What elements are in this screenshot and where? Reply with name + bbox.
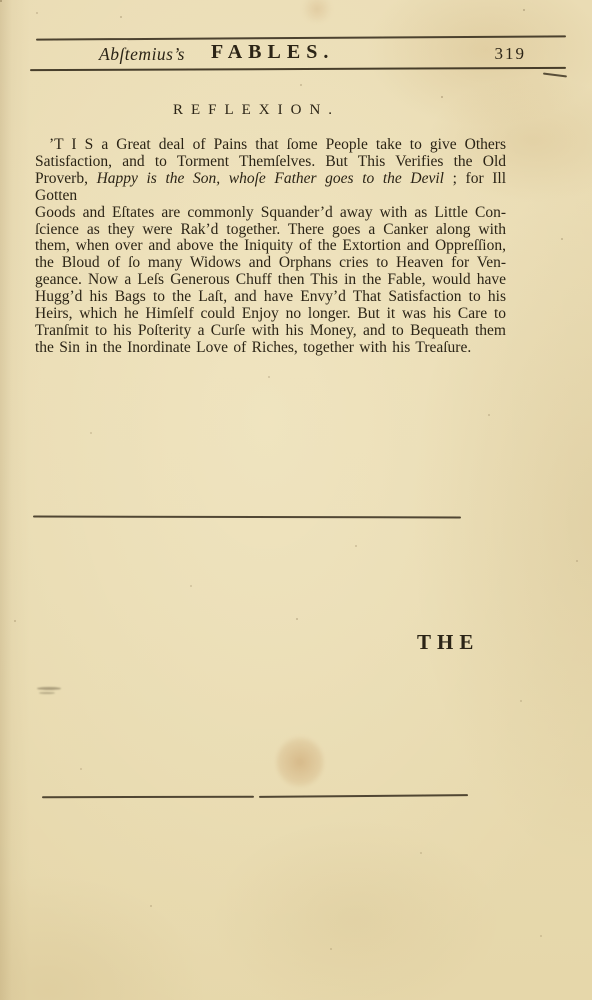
- body-text: ’T I S a Great deal of Pains that ſome P…: [49, 136, 506, 153]
- paragraph-line: Heirs, which he Himſelf could Enjoy no l…: [35, 306, 506, 323]
- page-number: 319: [495, 44, 527, 64]
- running-header: Abſtemius’s FABLES. 319: [35, 41, 565, 67]
- paper-specks: [0, 0, 2, 2]
- section-heading: REFLEXION.: [21, 102, 492, 119]
- body-text: Hugg’d his Bags to the Laſt, and have En…: [35, 288, 506, 305]
- paragraph-line: the Bloud of ſo many Widows and Orphans …: [35, 255, 506, 272]
- italic-proverb-text: Happy is the Son, whoſe Father goes to t…: [97, 170, 444, 187]
- reflexion-paragraph: ’T I S a Great deal of Pains that ſome P…: [35, 137, 506, 357]
- body-text: the Bloud of ſo many Widows and Orphans …: [35, 254, 506, 271]
- paragraph-line: Goods and Eſtates are commonly Squander’…: [35, 205, 506, 222]
- paragraph-line: geance. Now a Leſs Generous Chuff then T…: [35, 272, 506, 289]
- stain-spot: [276, 736, 324, 788]
- paragraph-line: the Sin in the Inordinate Love of Riches…: [35, 340, 506, 357]
- paragraph-line: them, when over and above the Iniquity o…: [35, 238, 506, 255]
- body-text: geance. Now a Leſs Generous Chuff then T…: [35, 271, 506, 288]
- book-page: Abſtemius’s FABLES. 319 REFLEXION. ’T I …: [0, 0, 592, 1000]
- body-text: ſcience as they were Rak’d together. The…: [35, 221, 506, 238]
- paragraph-line: Tranſmit to his Poſterity a Curſe with h…: [35, 323, 506, 340]
- paragraph-line: Satisfaction, and to Torment Themſelves.…: [35, 154, 506, 171]
- body-text: Heirs, which he Himſelf could Enjoy no l…: [35, 305, 506, 322]
- body-text: the Sin in the Inordinate Love of Riches…: [35, 339, 471, 356]
- ink-smudge: [37, 687, 61, 690]
- ink-smudge-lower: [39, 692, 55, 694]
- paragraph-line: ſcience as they were Rak’d together. The…: [35, 222, 506, 239]
- catchword: THE: [417, 630, 479, 655]
- body-text: Tranſmit to his Poſterity a Curſe with h…: [35, 322, 506, 339]
- paragraph-line: Proverb, Happy is the Son, whoſe Father …: [35, 171, 506, 205]
- body-text: Satisfaction, and to Torment Themſelves.…: [35, 153, 506, 170]
- book-title-italic: Abſtemius’s: [99, 44, 185, 65]
- paper-stain-top: [300, 0, 334, 22]
- header-rule-flourish: [543, 73, 567, 78]
- body-text: Proverb,: [35, 170, 97, 187]
- bottom-divider-rule-right: [259, 794, 468, 798]
- header-rule-bottom: [30, 67, 566, 72]
- mid-divider-rule: [33, 516, 461, 519]
- paragraph-line: ’T I S a Great deal of Pains that ſome P…: [35, 137, 506, 154]
- paragraph-line: Hugg’d his Bags to the Laſt, and have En…: [35, 289, 506, 306]
- body-text: Goods and Eſtates are commonly Squander’…: [35, 204, 506, 221]
- bottom-divider-rule-left: [42, 796, 254, 799]
- book-title-caps: FABLES.: [211, 41, 334, 64]
- body-text: them, when over and above the Iniquity o…: [35, 237, 506, 254]
